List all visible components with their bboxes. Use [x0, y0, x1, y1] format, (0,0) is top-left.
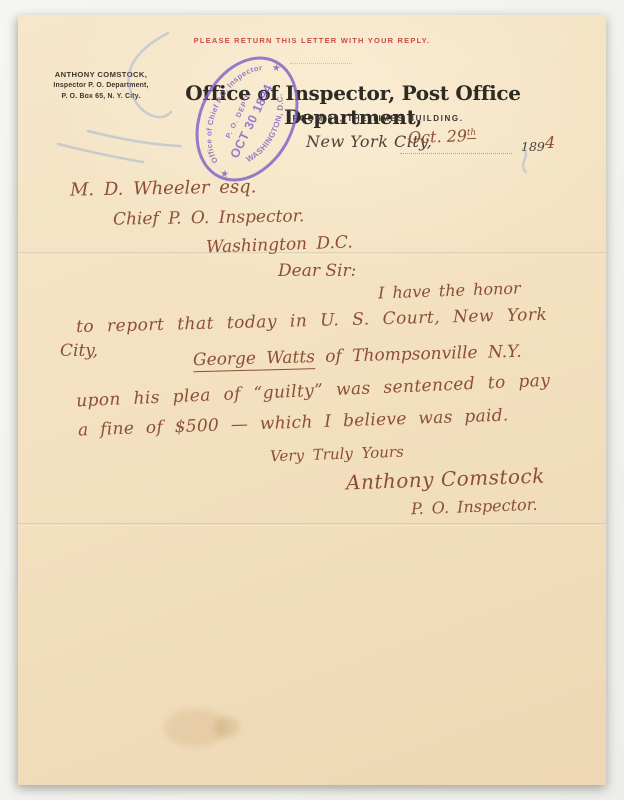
signature-title: P. O. Inspector. — [411, 495, 538, 518]
star-icon-right: ★ — [270, 61, 284, 74]
year-handwritten: 4 — [545, 133, 555, 152]
stain-small — [214, 717, 240, 737]
pencil-stroke-2 — [58, 144, 143, 162]
sender-name: ANTHONY COMSTOCK, — [43, 69, 159, 80]
body-line-2: to report that today in U. S. Court, New… — [76, 305, 548, 337]
body-line-5: upon his plea of “guilty” was sentenced … — [76, 371, 551, 412]
fold-crease-bottom — [18, 523, 606, 526]
return-notice: PLEASE RETURN THIS LETTER WITH YOUR REPL… — [18, 36, 606, 45]
date-suffix: th — [467, 127, 477, 138]
closing: Very Truly Yours — [270, 443, 404, 466]
body-line-4-rest: of Thompsonville N.Y. — [315, 342, 522, 367]
body-line-3: City, — [60, 341, 98, 361]
date-handwritten: Oct. 29th — [408, 126, 477, 147]
year-printed: 189 — [521, 139, 545, 154]
body-line-1: I have the honor — [378, 279, 521, 303]
signature: Anthony Comstock — [346, 464, 546, 495]
underlined-name: George Watts — [193, 347, 315, 372]
salutation: Dear Sir: — [278, 261, 356, 281]
date-day: Oct. 29 — [408, 126, 468, 147]
body-line-4: George Watts of Thompsonville N.Y. — [193, 342, 522, 371]
body-line-6: a fine of $500 — which I believe was pai… — [78, 405, 509, 440]
letter-paper: PLEASE RETURN THIS LETTER WITH YOUR REPL… — [18, 15, 606, 785]
